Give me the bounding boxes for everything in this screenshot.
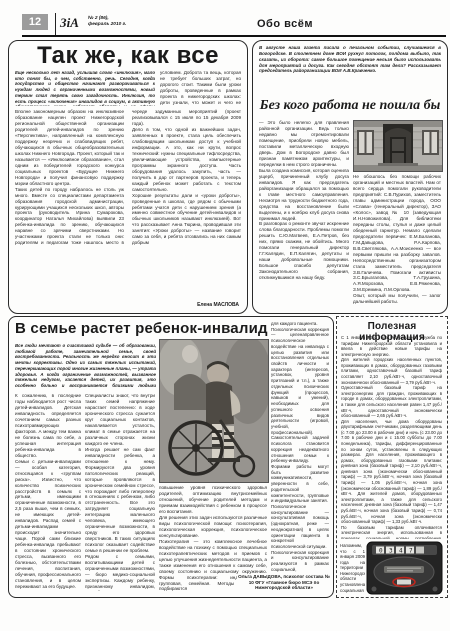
svg-text:4: 4 [399, 548, 403, 555]
page-number-box: 12 [22, 14, 48, 30]
section-title: Обо всём [230, 18, 340, 30]
building-photo [353, 120, 443, 172]
svg-text:7: 7 [409, 548, 413, 555]
article-column-2: Не обошлось без помощи рабочих организац… [353, 174, 441, 307]
article-rebenok-invalid: В семье растет ребенок-инвалид Все люди … [8, 316, 334, 598]
article-tak-zhe-kak-vse: Так же, как все Еще несколько лет назад,… [8, 40, 248, 314]
info-box-meter-note: Напомним, что с 1 января 2009 года на те… [340, 543, 365, 593]
svg-text:3: 3 [389, 548, 393, 555]
useful-info-box: Полезная информация С 1 января 2010 года… [336, 316, 448, 598]
article-lede: Все люди мечтают о счастливой судьбе — о… [15, 343, 156, 389]
article-title: Без кого работа не пошла бы [257, 98, 443, 113]
header-divider [55, 13, 56, 35]
electric-meter-photo: 0 3 4 7 [366, 541, 443, 595]
svg-text:0: 0 [379, 548, 383, 555]
article-bez-kogo-rabota: В августе наша газета писала о печальном… [252, 40, 448, 314]
newspaper-page: 12 ЗіА № 2 (86), февраль 2010 г. Обо всё… [0, 0, 450, 631]
article-column-2: Специалисты знают, что внутри таких семе… [85, 393, 155, 591]
issue-date: февраль 2010 г. [88, 22, 126, 28]
article-column-1: — Это было нелегко для правления районно… [259, 120, 349, 306]
article-title: В семье растет ребенок-инвалид [15, 320, 267, 338]
info-box-body: С 1 января 2010 года Региональная служба… [341, 335, 442, 539]
article-column-top-right: условием. Доброта та вещь, которая не тр… [160, 70, 241, 106]
article-title: Так же, как все [13, 44, 243, 68]
article-lede: Еще несколько лет назад, услышав слово «… [15, 70, 155, 106]
issue-info: № 2 (86), февраль 2010 г. [88, 16, 126, 28]
header-rule [22, 35, 446, 37]
newspaper-logo: ЗіА [60, 15, 79, 31]
article-column-1: К сожалению, в последние годы наблюдаетс… [15, 393, 81, 591]
author-signature: Елена МАСЛОВА [193, 302, 239, 308]
article-body-columns: Вполне закономерным образом на инклюзивн… [15, 109, 241, 303]
wheelchair-child-photo [159, 339, 269, 483]
article-column-4: для каждого пациента. Психологическая ко… [271, 321, 329, 573]
article-intro: В августе наша газета писала о печальном… [259, 45, 441, 96]
author-signature: Ольга ДАВЫДОВА, психолог состава № 10 ФГ… [237, 574, 331, 591]
